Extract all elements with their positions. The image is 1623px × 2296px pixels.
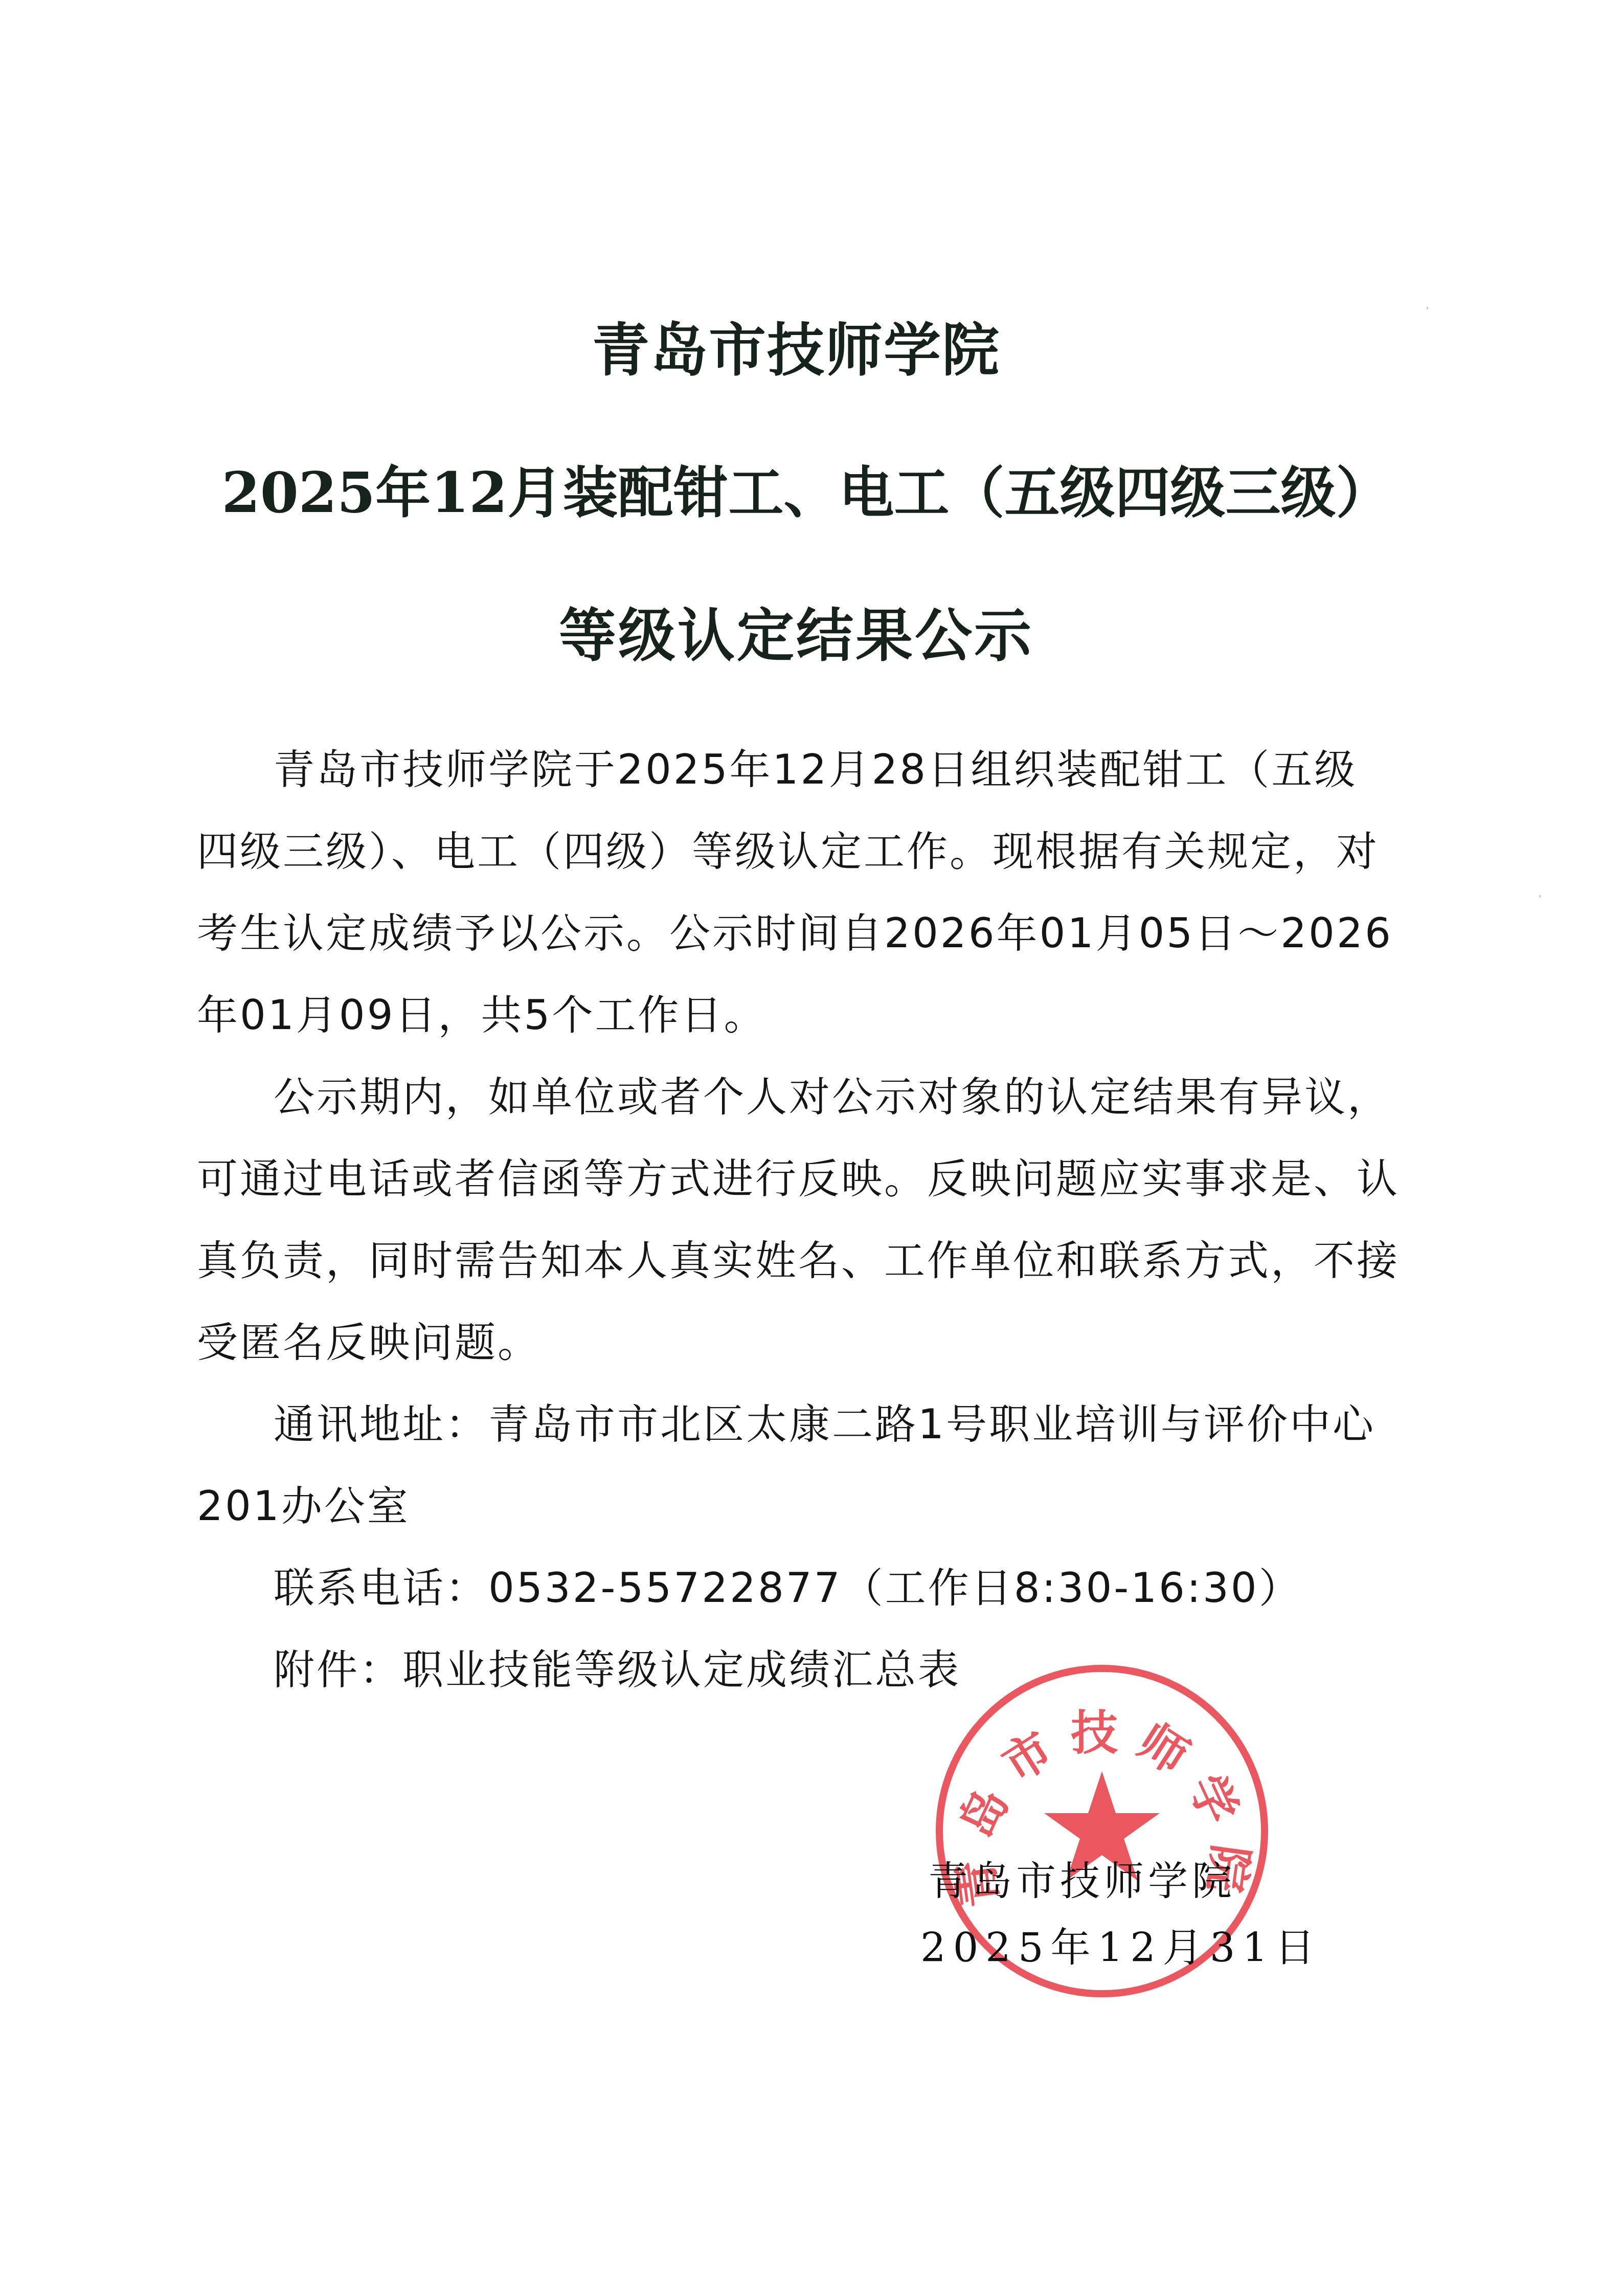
- title-subject: 2025年12月装配钳工、电工（五级四级三级）: [0, 465, 1618, 521]
- paragraph-objection: 公示期内，如单位或者个人对公示对象的认定结果有异议， 可通过电话或者信函等方式进…: [197, 1056, 1424, 1384]
- text-line: 四级三级）、电工（四级）等级认定工作。现根据有关规定，对: [197, 811, 1424, 893]
- scan-artifact: [1539, 895, 1541, 898]
- text-line: 可通过电话或者信函等方式进行反映。反映问题应实事求是、认: [197, 1138, 1424, 1220]
- text-line: 201办公室: [197, 1465, 1424, 1547]
- paragraph-intro: 青岛市技师学院于2025年12月28日组织装配钳工（五级 四级三级）、电工（四级…: [197, 729, 1424, 1056]
- signature-organization: 青岛市技师学院: [928, 1862, 1236, 1902]
- text-line: 考生认定成绩予以公示。公示时间自2026年01月05日～2026: [197, 893, 1424, 974]
- text-line: 公示期内，如单位或者个人对公示对象的认定结果有异议，: [197, 1056, 1424, 1138]
- contact-address: 通讯地址：青岛市市北区太康二路1号职业培训与评价中心 201办公室: [197, 1384, 1424, 1547]
- scan-artifact: [1427, 307, 1428, 309]
- text-line: 联系电话：0532-55722877（工作日8:30-16:30）: [197, 1547, 1424, 1629]
- text-line: 受匿名反映问题。: [197, 1302, 1424, 1384]
- title-institution: 青岛市技师学院: [0, 322, 1608, 380]
- document-page: 青岛市技师学院 2025年12月装配钳工、电工（五级四级三级） 等级认定结果公示…: [0, 0, 1623, 2296]
- text-line: 真负责，同时需告知本人真实姓名、工作单位和联系方式，不接: [197, 1220, 1424, 1302]
- text-line: 年01月09日，共5个工作日。: [197, 974, 1424, 1056]
- title-announcement: 等级认定结果公示: [0, 608, 1608, 665]
- signature-date: 2025年12月31日: [920, 1928, 1322, 1968]
- text-line: 青岛市技师学院于2025年12月28日组织装配钳工（五级: [197, 729, 1424, 811]
- text-line: 通讯地址：青岛市市北区太康二路1号职业培训与评价中心: [197, 1384, 1424, 1465]
- contact-phone: 联系电话：0532-55722877（工作日8:30-16:30）: [197, 1547, 1424, 1629]
